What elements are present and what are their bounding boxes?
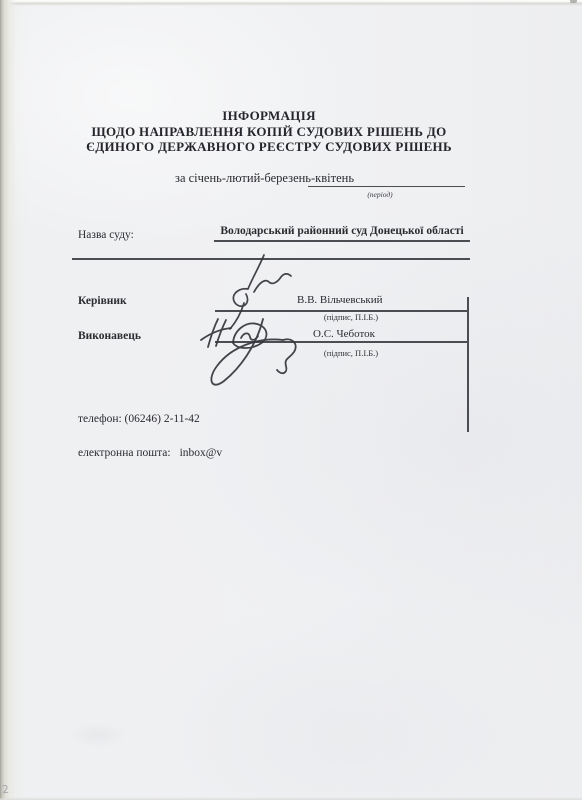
period-underline [308, 186, 465, 187]
email-label: електронна пошта: [78, 447, 171, 459]
court-name-underline [214, 240, 470, 242]
title-line-3: ЄДИНОГО ДЕРЖАВНОГО РЕЄСТРУ СУДОВИХ РІШЕН… [58, 139, 480, 155]
kerivnyk-role-label: Керівник [78, 295, 127, 307]
scan-artifact-speck [570, 0, 577, 3]
document-title: ІНФОРМАЦІЯ ЩОДО НАПРАВЛЕННЯ КОПІЙ СУДОВИ… [58, 108, 480, 155]
kerivnyk-signature-ink [230, 255, 291, 329]
court-name-value: Володарський районний суд Донецької обла… [214, 225, 470, 237]
court-name-label: Назва суду: [78, 229, 134, 241]
vykonavets-signature-ink [201, 319, 296, 385]
scanned-court-report-page: ІНФОРМАЦІЯ ЩОДО НАПРАВЛЕННЯ КОПІЙ СУДОВИ… [0, 0, 582, 800]
kerivnyk-name: В.В. Вільчевський [297, 294, 383, 306]
title-line-2: ЩОДО НАПРАВЛЕННЯ КОПІЙ СУДОВИХ РІШЕНЬ ДО [58, 124, 480, 140]
email-value: inbox@v [180, 447, 223, 459]
section-divider-line [72, 258, 470, 260]
vykonavets-name: О.С. Чеботок [313, 328, 375, 340]
title-line-1: ІНФОРМАЦІЯ [58, 108, 480, 124]
period-caption: (період) [348, 190, 412, 199]
pencil-smudge [68, 722, 128, 748]
kerivnyk-signature-caption: (підпис, П.І.Б.) [296, 312, 406, 322]
right-vertical-rule [467, 297, 469, 432]
phone-line: телефон: (06246) 2-11-42 [78, 413, 200, 425]
scan-top-edge [0, 0, 582, 6]
vykonavets-role-label: Виконавець [78, 330, 141, 342]
period-value: за січень-лютий-березень-квітень [175, 171, 354, 186]
vykonavets-signature-line [215, 341, 468, 343]
email-line: електронна пошта:inbox@v [78, 447, 222, 459]
vykonavets-signature-caption: (підпис, П.І.Б.) [296, 348, 406, 358]
scan-left-edge [0, 0, 16, 800]
